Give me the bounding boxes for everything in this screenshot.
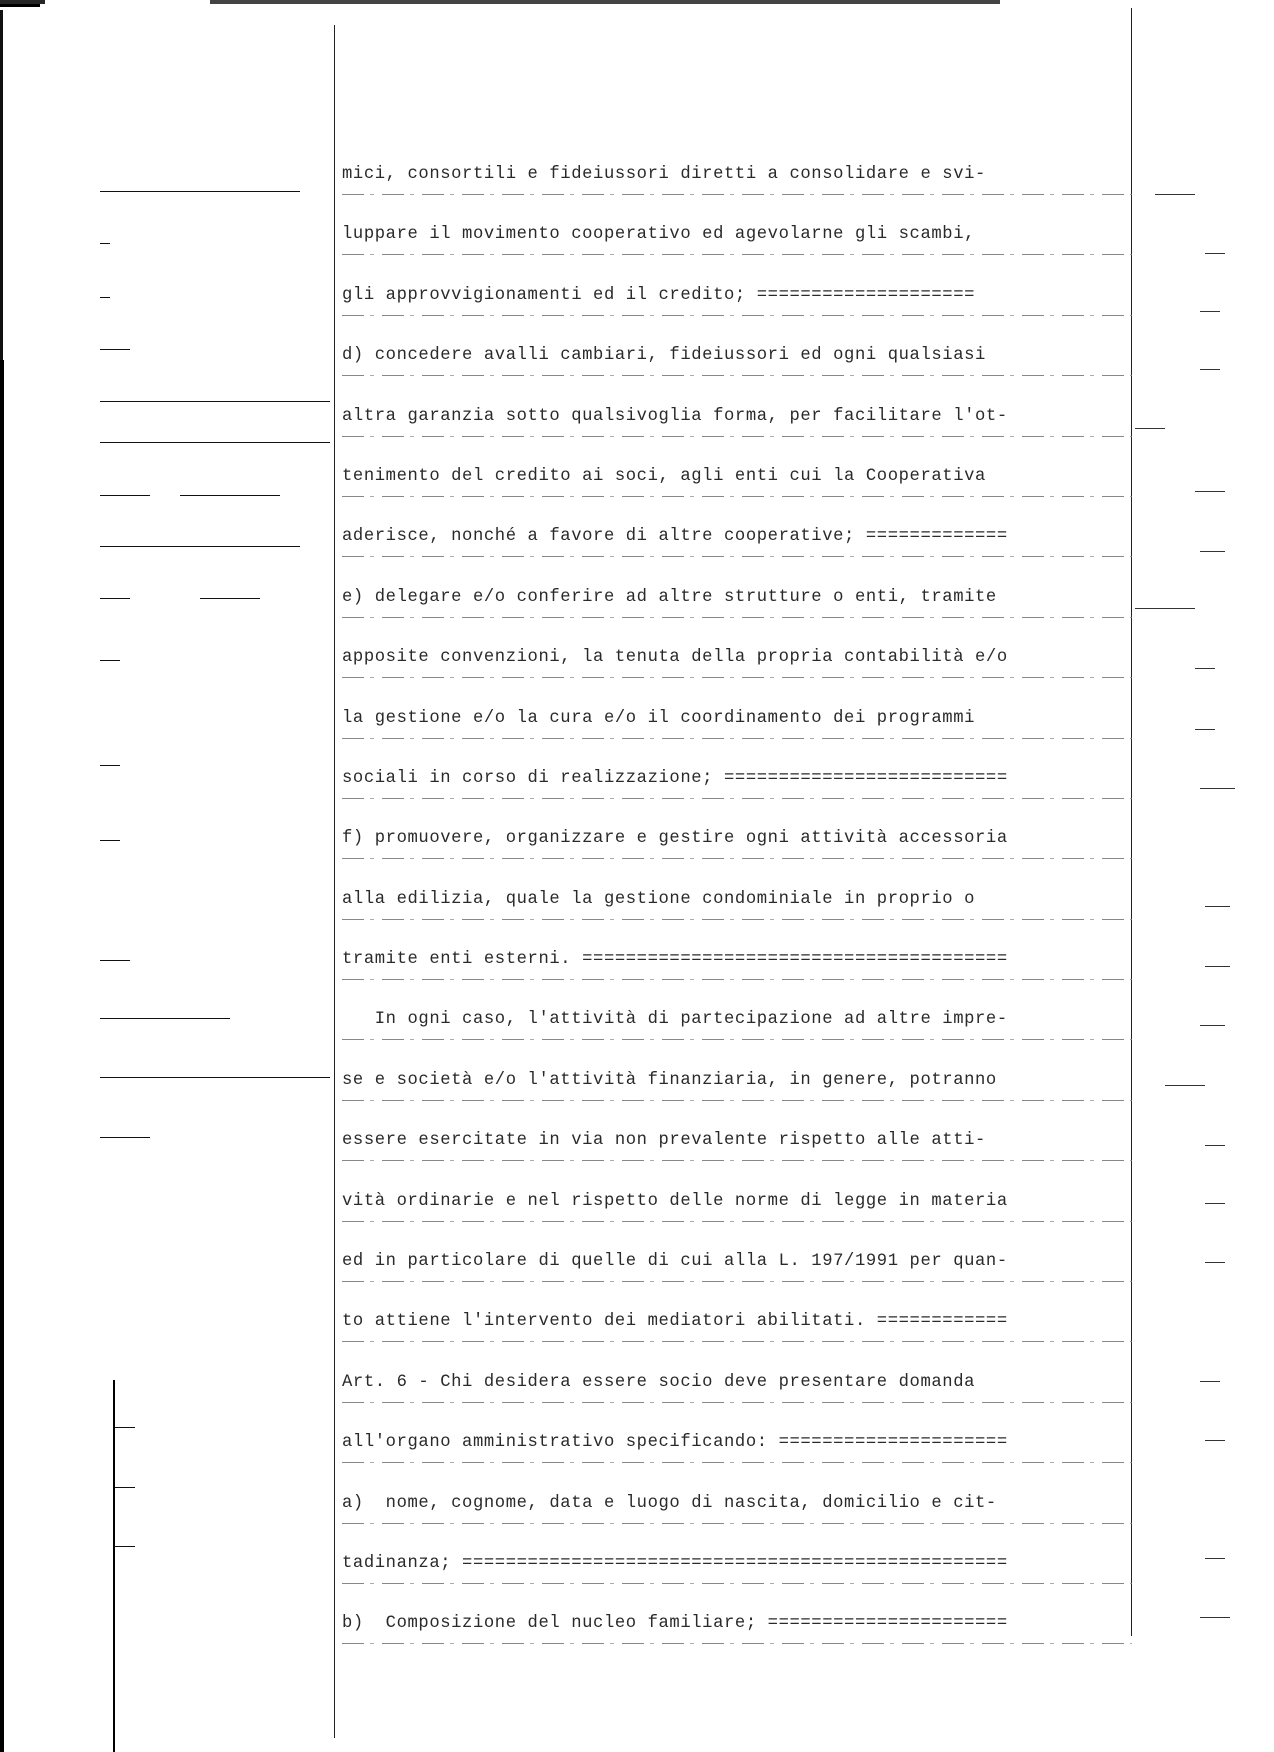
text-line: alla edilizia, quale la gestione condomi… [342, 885, 1132, 945]
text-line: In ogni caso, l'attività di partecipazio… [342, 1005, 1132, 1065]
text-line: all'organo amministrativo specificando: … [342, 1428, 1132, 1488]
text-line: luppare il movimento cooperativo ed agev… [342, 220, 1132, 280]
text-line: tenimento del credito ai soci, agli enti… [342, 462, 1132, 522]
right-margin-marks [1135, 0, 1235, 1752]
text-line: mici, consortili e fideiussori diretti a… [342, 160, 1132, 220]
text-line: e) delegare e/o conferire ad altre strut… [342, 583, 1132, 643]
text-line: a) nome, cognome, data e luogo di nascit… [342, 1489, 1132, 1549]
text-line: se e società e/o l'attività finanziaria,… [342, 1066, 1132, 1126]
left-margin-marks [100, 0, 330, 1752]
text-line: d) concedere avalli cambiari, fideiussor… [342, 341, 1132, 401]
article-heading-line: Art. 6 - Chi desidera essere socio deve … [342, 1368, 1132, 1428]
scan-top-edge-corner [0, 4, 40, 7]
scan-left-edge-shadow [0, 360, 4, 1752]
text-line: b) Composizione del nucleo familiare; ==… [342, 1609, 1132, 1669]
text-line: la gestione e/o la cura e/o il coordinam… [342, 704, 1132, 764]
text-line: aderisce, nonché a favore di altre coope… [342, 522, 1132, 582]
text-line: gli approvvigionamenti ed il credito; ==… [342, 281, 1132, 341]
text-line: essere esercitate in via non prevalente … [342, 1126, 1132, 1186]
text-line: f) promuovere, organizzare e gestire ogn… [342, 824, 1132, 884]
text-line: apposite convenzioni, la tenuta della pr… [342, 643, 1132, 703]
text-line: sociali in corso di realizzazione; =====… [342, 764, 1132, 824]
left-margin-rule [334, 25, 335, 1738]
document-body: mici, consortili e fideiussori diretti a… [342, 160, 1132, 1670]
text-line: altra garanzia sotto qualsivoglia forma,… [342, 402, 1132, 462]
text-line: to attiene l'intervento dei mediatori ab… [342, 1307, 1132, 1367]
text-line: tramite enti esterni. ==================… [342, 945, 1132, 1005]
text-line: tadinanza; =============================… [342, 1549, 1132, 1609]
text-line: ed in particolare di quelle di cui alla … [342, 1247, 1132, 1307]
text-line: vità ordinarie e nel rispetto delle norm… [342, 1187, 1132, 1247]
